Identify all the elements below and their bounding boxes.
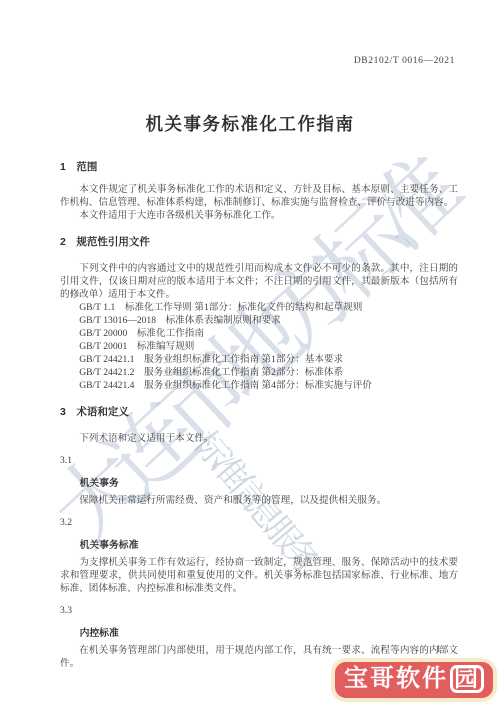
- term-number-3-3: 3.3: [60, 604, 458, 617]
- section-heading-scope: 1 范围: [60, 161, 458, 174]
- reference-item: GB/T 20000 标准化工作指南: [79, 327, 458, 340]
- page-title: 机关事务标准化工作指南: [0, 111, 500, 136]
- page-number: 1: [436, 644, 441, 655]
- term-definition-3-2: 为支撑机关事务工作有效运行，经协商一致制定，规范管理、服务、保障活动中的技术要求…: [60, 556, 458, 595]
- reference-item: GB/T 1.1 标准化工作导则 第1部分：标准化文件的结构和起草规则: [79, 301, 458, 314]
- reference-item: GB/T 24421.2 服务业组织标准化工作指南 第2部分：标准体系: [79, 366, 458, 379]
- section-heading-terms: 3 术语和定义: [60, 406, 458, 419]
- section-heading-references: 2 规范性引用文件: [60, 236, 458, 249]
- term-number-3-2: 3.2: [60, 516, 458, 529]
- scope-paragraph-2: 本文件适用于大连市各级机关事务标准化工作。: [60, 209, 458, 222]
- reference-item: GB/T 24421.1 服务业组织标准化工作指南 第1部分：基本要求: [79, 353, 458, 366]
- term-number-3-1: 3.1: [60, 454, 458, 467]
- term-name-3-2: 机关事务标准: [80, 539, 458, 552]
- term-definition-3-1: 保障机关正常运行所需经费、资产和服务等的管理，以及提供相关服务。: [60, 494, 458, 507]
- references-intro: 下列文件中的内容通过文中的规范性引用而构成本文件必不可少的条款。其中，注日期的引…: [60, 262, 458, 301]
- document-page: 大连市地方标准 标准信息服务 DB2102/T 0016—2021 机关事务标准…: [0, 0, 500, 707]
- term-name-3-3: 内控标准: [80, 627, 458, 640]
- reference-item: GB/T 24421.4 服务业组织标准化工作指南 第4部分：标准实施与评价: [79, 379, 458, 392]
- badge-text: 宝哥软件: [344, 665, 448, 692]
- reference-item: GB/T 20001 标准编写规则: [79, 340, 458, 353]
- scope-paragraph-1: 本文件规定了机关事务标准化工作的术语和定义、方针及目标、基本原则、主要任务、工作…: [60, 183, 458, 209]
- terms-intro: 下列术语和定义适用于本文件。: [60, 432, 458, 445]
- term-name-3-1: 机关事务: [80, 477, 458, 490]
- document-body: 1 范围 本文件规定了机关事务标准化工作的术语和定义、方针及目标、基本原则、主要…: [60, 161, 458, 670]
- watermark-badge: 宝哥软件园: [331, 658, 497, 702]
- reference-item: GB/T 13016—2018 标准体系表编制原则和要求: [79, 314, 458, 327]
- badge-text-last: 园: [450, 665, 484, 693]
- doc-number: DB2102/T 0016—2021: [354, 56, 455, 66]
